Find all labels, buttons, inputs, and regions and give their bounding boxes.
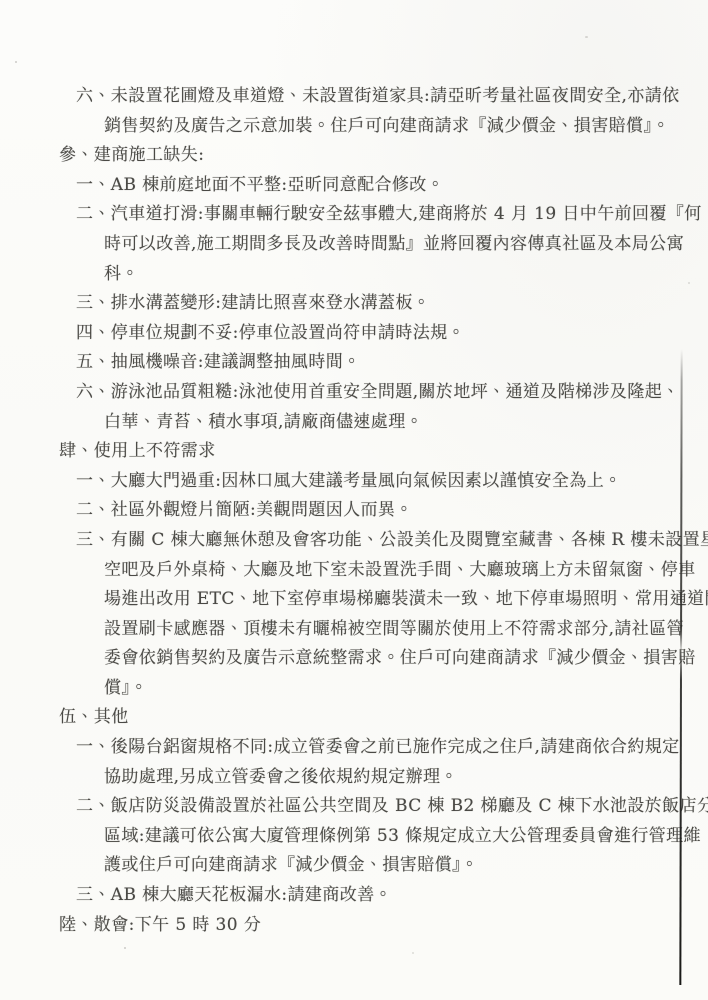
document-line: 償』。: [104, 674, 690, 704]
document-line: 委會依銷售契約及廣告示意統整需求。住戶可向建商請求『減少價金、損害賠: [104, 644, 690, 674]
document-line: 四、停車位規劃不妥:停車位設置尚符申請時法規。: [76, 319, 690, 349]
document-line: 護或住戶可向建商請求『減少價金、損害賠償』。: [104, 851, 690, 881]
document-text: 六、未設置花圃燈及車道燈、未設置街道家具:請亞昕考量社區夜間安全,亦請依銷售契約…: [0, 82, 690, 940]
document-line: 銷售契約及廣告之示意加裝。住戶可向建商請求『減少價金、損害賠償』。: [104, 112, 690, 142]
document-line: 三、有關 C 棟大廳無休憩及會客功能、公設美化及閱覽室藏書、各棟 R 樓未設置星: [76, 526, 690, 556]
document-line: 區域:建議可依公寓大廈管理條例第 53 條規定成立大公管理委員會進行管理維: [104, 822, 690, 852]
document-line: 一、後陽台鋁窗規格不同:成立管委會之前已施作完成之住戶,請建商依合約規定: [76, 733, 690, 763]
document-line: 白華、青苔、積水事項,請廠商儘速處理。: [104, 408, 690, 438]
document-line: 二、社區外觀燈片簡陋:美觀問題因人而異。: [76, 496, 690, 526]
scan-speck: [585, 36, 588, 38]
document-line: 三、AB 棟大廳天花板漏水:請建商改善。: [76, 881, 690, 911]
document-line: 五、抽風機噪音:建議調整抽風時間。: [76, 348, 690, 378]
scan-speck: [688, 282, 690, 284]
document-line: 一、AB 棟前庭地面不平整:亞昕同意配合修改。: [76, 171, 690, 201]
document-line: 六、游泳池品質粗糙:泳池使用首重安全問題,關於地坪、通道及階梯涉及隆起、: [76, 378, 690, 408]
document-line: 陸、散會:下午 5 時 30 分: [59, 911, 690, 941]
document-line: 空吧及戶外桌椅、大廳及地下室未設置洗手間、大廳玻璃上方未留氣窗、停車: [104, 556, 690, 586]
document-line: 參、建商施工缺失:: [59, 141, 690, 171]
document-line: 二、汽車道打滑:事關車輛行駛安全茲事體大,建商將於 4 月 19 日中午前回覆『…: [76, 200, 690, 230]
scan-speck: [15, 61, 17, 63]
document-line: 協助處理,另成立管委會之後依規約規定辦理。: [104, 763, 690, 793]
scanned-page: 六、未設置花圃燈及車道燈、未設置街道家具:請亞昕考量社區夜間安全,亦請依銷售契約…: [0, 0, 708, 1000]
document-line: 三、排水溝蓋變形:建請比照喜來登水溝蓋板。: [76, 289, 690, 319]
scan-speck: [124, 947, 126, 949]
document-line: 肆、使用上不符需求: [59, 437, 690, 467]
document-line: 六、未設置花圃燈及車道燈、未設置街道家具:請亞昕考量社區夜間安全,亦請依: [76, 82, 690, 112]
document-line: 時可以改善,施工期間多長及改善時間點』並將回覆內容傳真社區及本局公寓: [104, 230, 690, 260]
document-line: 伍、其他: [59, 703, 690, 733]
document-line: 場進出改用 ETC、地下室停車場梯廳裝潢未一致、地下停車場照明、常用通道門: [104, 585, 690, 615]
document-line: 二、飯店防災設備設置於社區公共空間及 BC 棟 B2 梯廳及 C 棟下水池設於飯…: [76, 792, 690, 822]
scan-speck: [412, 952, 414, 954]
document-line: 科。: [104, 260, 690, 290]
document-line: 一、大廳大門過重:因林口風大建議考量風向氣候因素以謹慎安全為上。: [76, 467, 690, 497]
document-line: 設置刷卡感應器、頂樓未有曬棉被空間等關於使用上不符需求部分,請社區管: [104, 615, 690, 645]
